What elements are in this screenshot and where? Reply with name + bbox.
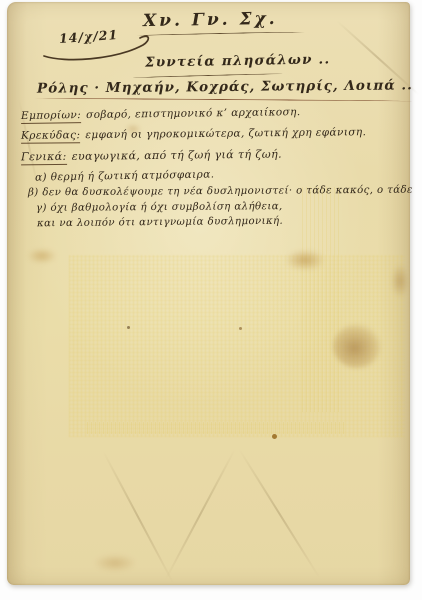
graph-grid-texture [69,255,405,437]
ink-spot [272,434,277,439]
manuscript-page: Χν. Γν. Σχ. 14/χ/21 Συντεία πλησάλων .. … [7,2,410,585]
stain [93,554,137,572]
entry-line: Εμπορίων:σοβαρό, επιστημονικό κ’ αρχαιίκ… [21,106,301,122]
scan-background: Χν. Γν. Σχ. 14/χ/21 Συντεία πλησάλων .. … [0,0,422,600]
subtitle: Συντεία πλησάλων .. [145,51,331,70]
entry-label: Εμπορίων: [21,109,81,124]
graph-grid-texture [87,422,347,434]
fold-crease [238,448,320,578]
title-underline [137,31,305,36]
entry-line: Κρεκύδας:εμφανή οι γηροκομικώτερα, ζωτικ… [21,126,366,142]
ink-spot [127,326,130,329]
note-line: α) θερμή ή ζωτική ατμόσφαιρα. [35,168,215,183]
entry-label: Γενικά: [21,150,67,165]
date-flourish [41,35,159,63]
entry-label: Κρεκύδας: [21,129,81,144]
entry-text: ευαγωγικά, από τή ζωή γιά τή ζωή. [72,148,282,163]
entry-text: εμφανή οι γηροκομικώτερα, ζωτική χρη εφά… [85,126,366,141]
note-line: και να λοιπόν ότι αντιγνωμία δυσλημονική… [37,216,283,230]
ink-spot [239,327,242,330]
fold-crease [102,451,174,584]
attendees-line: Ρόλης · Μηχαήν, Κοχράς, Σωτηρίς, Λοιπά .… [37,77,413,96]
fold-crease [165,449,236,581]
note-line: γ) όχι βαθμολογία ή όχι συμβολίση αλήθει… [36,201,283,214]
stain [27,248,57,264]
entry-line: Γενικά:ευαγωγικά, από τή ζωή γιά τή ζωή. [21,148,282,164]
page-title: Χν. Γν. Σχ. [143,9,278,31]
graph-grid-texture [302,187,340,412]
entry-text: σοβαρό, επιστημονικό κ’ αρχαιίκοση. [86,106,301,121]
attendees-underline [34,98,412,102]
subtitle-underline [133,73,283,78]
note-line: β) δεν θα δυσκολέψουμε τη νέα δυσλημονισ… [28,185,413,199]
